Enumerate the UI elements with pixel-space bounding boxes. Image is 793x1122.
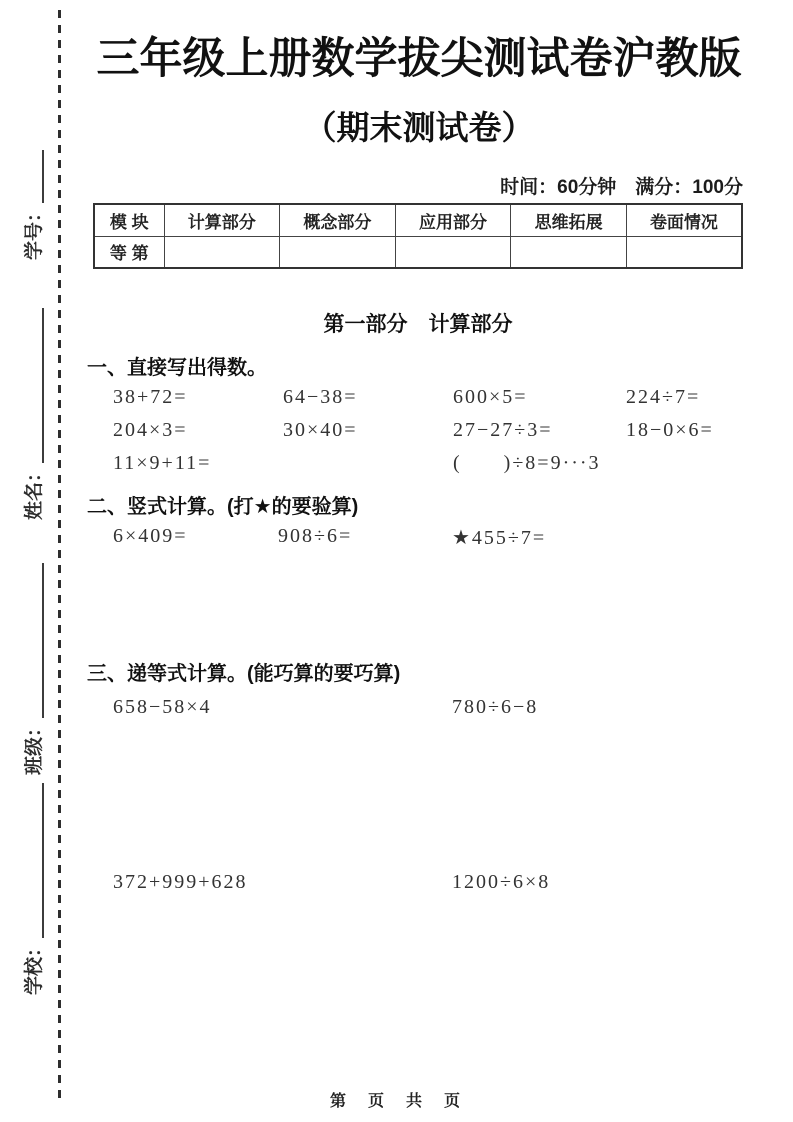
student-name-fill-line: [42, 308, 44, 463]
score-row-label: 等 第: [94, 236, 164, 268]
score-cell-empty: [280, 236, 396, 268]
score-header-neatness: 卷面情况: [626, 204, 742, 236]
problem-expression: 6×409=: [113, 525, 188, 548]
school-label: 学校：: [20, 938, 50, 995]
section-2-heading: 二、竖式计算。(打★的要验算): [87, 490, 358, 519]
score-header-calculation: 计算部分: [164, 204, 280, 236]
section-1-heading: 一、直接写出得数。: [87, 351, 267, 380]
problem-expression: 11×9+11=: [113, 452, 211, 475]
score-cell-empty: [511, 236, 627, 268]
sidebar-field-class: 班级：: [16, 563, 56, 775]
problem-expression: 64−38=: [283, 386, 358, 409]
school-fill-line: [42, 783, 44, 938]
problem-expression: 1200÷6×8: [452, 871, 550, 894]
score-cell-empty: [395, 236, 511, 268]
score-header-application: 应用部分: [395, 204, 511, 236]
score-header-concept: 概念部分: [280, 204, 396, 236]
student-name-label: 姓名：: [20, 463, 50, 520]
problem-expression: 908÷6=: [278, 525, 352, 548]
problem-expression: 780÷6−8: [452, 696, 538, 719]
problem-expression: 18−0×6=: [626, 419, 714, 442]
sidebar-field-student-number: 学号：: [16, 150, 56, 260]
sidebar-field-student-name: 姓名：: [16, 308, 56, 520]
student-number-fill-line: [42, 150, 44, 203]
class-label: 班级：: [20, 718, 50, 775]
problem-expression: 27−27÷3=: [453, 419, 553, 442]
score-table-grade-row: 等 第: [94, 236, 742, 268]
problem-expression-starred: ★455÷7=: [452, 525, 546, 550]
problem-expression: 600×5=: [453, 386, 528, 409]
score-cell-empty: [164, 236, 280, 268]
score-table: 模 块 计算部分 概念部分 应用部分 思维拓展 卷面情况 等 第: [93, 203, 743, 269]
problem-expression: ( )÷8=9···3: [453, 452, 601, 475]
score-header-thinking: 思维拓展: [511, 204, 627, 236]
problem-expression: 38+72=: [113, 386, 188, 409]
student-number-label: 学号：: [20, 203, 50, 260]
problem-expression: 204×3=: [113, 419, 188, 442]
page-subtitle: （期末测试卷）: [90, 102, 748, 149]
section-3-heading: 三、递等式计算。(能巧算的要巧算): [87, 657, 400, 686]
problem-expression: 372+999+628: [113, 871, 248, 894]
score-header-module: 模 块: [94, 204, 164, 236]
footer-page-number: 第 页 共 页: [0, 1088, 793, 1111]
page-title: 三年级上册数学拔尖测试卷沪教版: [90, 34, 748, 86]
problem-expression: 658−58×4: [113, 696, 212, 719]
problem-expression: 224÷7=: [626, 386, 700, 409]
class-fill-line: [42, 563, 44, 718]
part-one-title: 第一部分 计算部分: [93, 308, 743, 338]
score-table-header-row: 模 块 计算部分 概念部分 应用部分 思维拓展 卷面情况: [94, 204, 742, 236]
sidebar-field-school: 学校：: [16, 783, 56, 995]
exam-paper-page: 学号： 姓名： 班级： 学校： 三年级上册数学拔尖测试卷沪教版 （期末测试卷） …: [0, 0, 793, 1122]
exam-time-score-meta: 时间：60分钟 满分：100分: [93, 172, 743, 199]
score-cell-empty: [626, 236, 742, 268]
margin-dashed-divider: [58, 10, 61, 1100]
problem-expression: 30×40=: [283, 419, 358, 442]
